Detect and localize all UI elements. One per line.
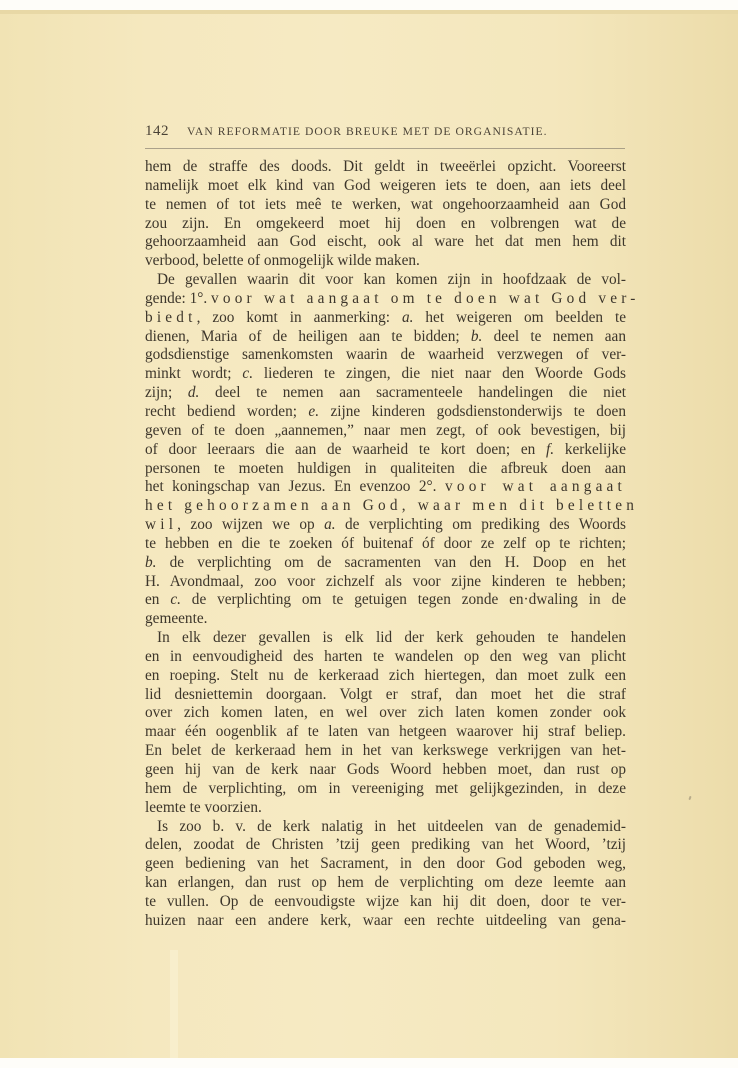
text-line: te hebben en die te zoeken óf buitenaf ó… (145, 535, 626, 554)
text-line: lid desniettemin doorgaan. Volgt er stra… (145, 686, 626, 705)
text-line: personen te moeten huldigen in qualiteit… (145, 460, 626, 479)
text-line: godsdienstige samenkomsten waarin de waa… (145, 346, 626, 365)
text-line: en roeping. Stelt nu de kerkeraad zich h… (145, 667, 626, 686)
page-number: 142 (145, 123, 169, 140)
text-line: en in eenvoudigheid des harten te wandel… (145, 648, 626, 667)
text-line: hem de verplichting, om in vereeniging m… (145, 780, 626, 799)
running-head: VAN REFORMATIE DOOR BREUKE MET DE ORGANI… (187, 125, 548, 138)
emphasis-spaced: voor wat aangaat (445, 478, 626, 495)
text-line: dienen, Maria of de heiligen aan te bidd… (145, 328, 626, 347)
text-line: In elk dezer gevallen is elk lid der ker… (145, 629, 626, 648)
text-line: En belet de kerkeraad hem in het van ker… (145, 742, 626, 761)
text-line: zijn; d. deel te nemen aan sacramenteele… (145, 384, 626, 403)
text-line: maar één oogenblik af te laten van hetge… (145, 723, 626, 742)
text-line: delen, zoodat de Christen ’tzij geen pre… (145, 836, 626, 855)
text-line: hem de straffe des doods. Dit geldt in t… (145, 158, 626, 177)
text-line: leemte te voorzien. (145, 799, 626, 818)
text-line: verbood, belette of onmogelijk wilde mak… (145, 252, 626, 271)
text-line: recht bediend worden; e. zijne kinderen … (145, 403, 626, 422)
text-line: gende: 1°. voor wat aangaat om te doen w… (145, 290, 626, 309)
text-line: namelijk moet elk kind van God weigeren … (145, 177, 626, 196)
text-line: gehoorzaamheid aan God eischt, ook al wa… (145, 233, 626, 252)
emphasis-spaced: biedt (145, 309, 197, 326)
emphasis-spaced: wil (145, 516, 177, 533)
text-line: De gevallen waarin dit voor kan komen zi… (145, 271, 626, 290)
text-line: Is zoo b. v. de kerk nalatig in het uitd… (145, 818, 626, 837)
paper-speck (688, 796, 691, 800)
text-line: zou zijn. En omgekeerd moet hij doen en … (145, 215, 626, 234)
text-line: H. Avondmaal, zoo voor zichzelf als voor… (145, 573, 626, 592)
text-line: te nemen of tot iets meê te werken, wat … (145, 196, 626, 215)
text-line: b. de verplichting om de sacramenten van… (145, 554, 626, 573)
emphasis-spaced: voor wat aangaat om te doen wat God ver- (211, 290, 640, 307)
header-rule (145, 148, 625, 149)
text-line: gemeente. (145, 610, 626, 629)
text-line: biedt, zoo komt in aanmerking: a. het we… (145, 309, 626, 328)
body-text: hem de straffe des doods. Dit geldt in t… (145, 158, 626, 931)
text-line: of door leeraars die aan de waarheid te … (145, 441, 626, 460)
text-line: huizen naar een andere kerk, waar een re… (145, 912, 626, 931)
text-line: wil, zoo wijzen we op a. de verplichting… (145, 516, 626, 535)
text-line: het koningschap van Jezus. En evenzoo 2°… (145, 478, 626, 497)
book-page: 142 VAN REFORMATIE DOOR BREUKE MET DE OR… (0, 10, 738, 1058)
text-line: geen bediening van het Sacrament, in den… (145, 855, 626, 874)
text-line: en c. de verplichting om te getuigen teg… (145, 591, 626, 610)
page-header: 142 VAN REFORMATIE DOOR BREUKE MET DE OR… (145, 123, 625, 143)
text-line: te vullen. Op de eenvoudigste wijze kan … (145, 893, 626, 912)
text-line: over zich komen laten, en wel over zich … (145, 704, 626, 723)
emphasis-spaced: het gehoorzamen aan God, waar men dit be… (145, 497, 638, 514)
text-line: kan erlangen, dan rust op hem de verplic… (145, 874, 626, 893)
text-line: geven of te doen „aannemen,” naar men ze… (145, 422, 626, 441)
text-line: minkt wordt; c. liederen te zingen, die … (145, 365, 626, 384)
text-line: het gehoorzamen aan God, waar men dit be… (145, 497, 626, 516)
text-line: geen hij van de kerk naar Gods Woord heb… (145, 761, 626, 780)
